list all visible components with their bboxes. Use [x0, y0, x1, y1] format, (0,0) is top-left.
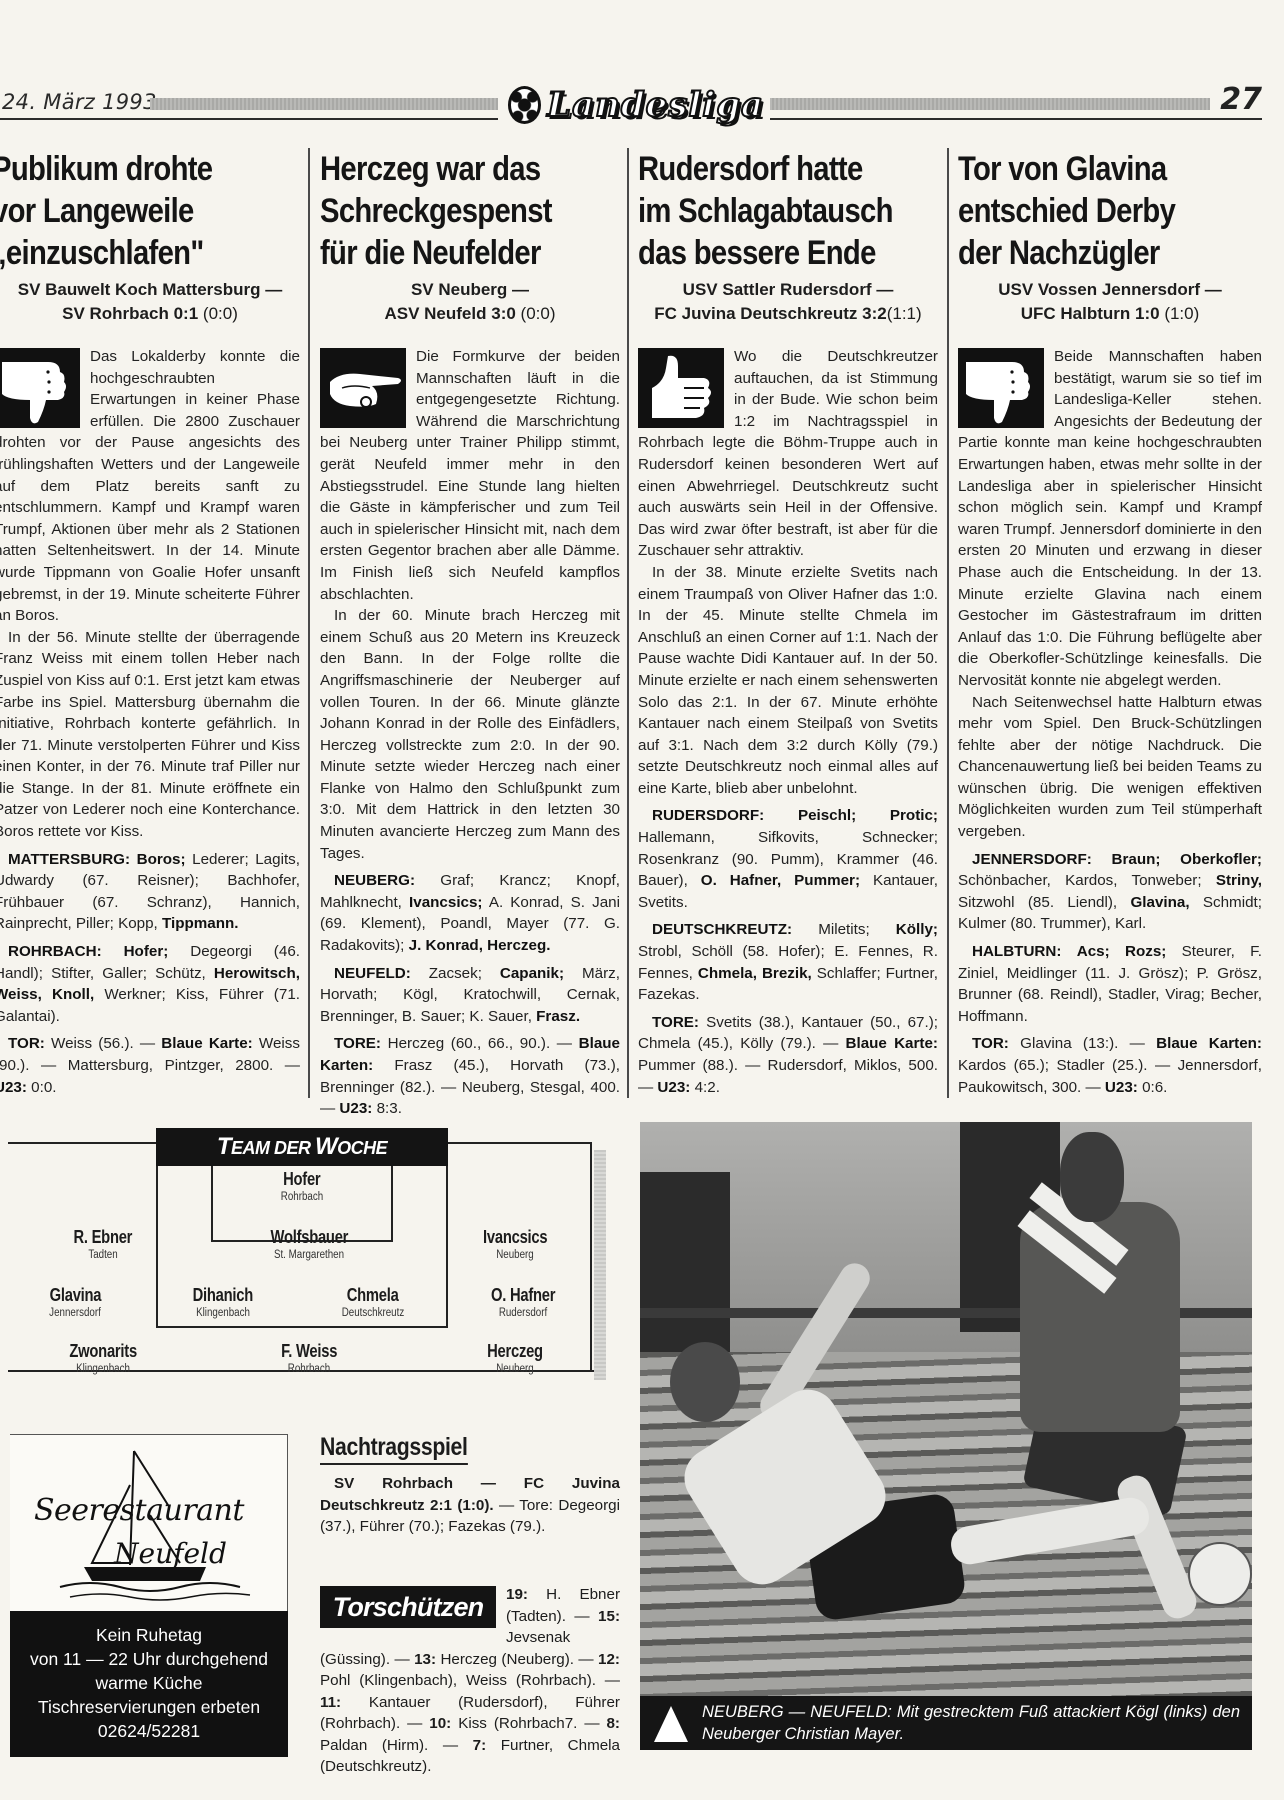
- article-headline: Publikum drohtevor Langeweile„einzuschla…: [0, 148, 257, 274]
- page-number: 27: [1220, 82, 1262, 117]
- section-logo: Landesliga: [508, 82, 764, 128]
- issue-date: 24. März 1993: [2, 90, 157, 114]
- player: R. EbnerTadten: [28, 1226, 178, 1262]
- match-photo: NEUBERG — NEUFELD: Mit gestrecktem Fuß a…: [640, 1122, 1252, 1750]
- top-scorers-box: Torschützen 19: H. Ebner (Tadten). — 15:…: [320, 1584, 620, 1778]
- ad-phone-number: 02624/52281: [10, 1719, 288, 1743]
- article-body: Die Formkurve der beiden Mannschaften lä…: [320, 346, 620, 1120]
- header-rule: [770, 118, 1262, 120]
- player: O. HafnerRudersdorf: [448, 1284, 598, 1320]
- player: GlavinaJennersdorf: [0, 1284, 150, 1320]
- thumbs-down-icon: [958, 348, 1044, 428]
- player: DihanichKlingenbach: [148, 1284, 298, 1320]
- scorer-entry: 10: Kiss (Rohrbach7. —: [429, 1715, 599, 1732]
- ad-brand-line1: Seerestaurant: [34, 1493, 244, 1528]
- article-body: Wo die Deutschkreutzer auftauchen, da is…: [638, 346, 938, 1098]
- football-icon: [508, 86, 541, 124]
- match-facts: TORE: Svetits (38.), Kantauer (50., 67.)…: [638, 1012, 938, 1098]
- article-headline: Rudersdorf hatteim Schlagabtauschdas bes…: [638, 148, 896, 274]
- match-result: USV Vossen Jennersdorf — UFC Halbturn 1:…: [958, 278, 1262, 326]
- thumbs-sideways-icon: [320, 348, 406, 428]
- football-icon: [1188, 1542, 1252, 1606]
- nachtragsspiel-result: SV Rohrbach — FC Juvina Deutschkreutz 2:…: [320, 1473, 620, 1538]
- lineup-rohrbach: ROHRBACH: Hofer; Degeorgi (46. Handl); S…: [0, 941, 300, 1027]
- player-goalkeeper: HoferRohrbach: [227, 1168, 377, 1204]
- article-neuberg-neufeld: Herczeg war dasSchreckgespenstfür die Ne…: [320, 148, 620, 1098]
- page-header: 24. März 1993 Landesliga 27: [0, 86, 1262, 130]
- box-rule: [8, 1142, 158, 1144]
- article-body: Das Lokalderby konnte die hochgeschraubt…: [0, 346, 300, 1098]
- triangle-marker-icon: [654, 1706, 688, 1742]
- player: ZwonaritsKlingenbach: [28, 1340, 178, 1376]
- player: ChmelaDeutschkreutz: [298, 1284, 448, 1320]
- match-result: SV Bauwelt Koch Mattersburg — SV Rohrbac…: [0, 278, 300, 326]
- article-mattersburg-rohrbach: Publikum drohtevor Langeweile„einzuschla…: [0, 148, 300, 1098]
- lineup-deutschkreutz: DEUTSCHKREUTZ: Miletits; Kölly; Strobl, …: [638, 919, 938, 1005]
- top-scorers-title: Torschützen: [320, 1586, 496, 1628]
- ad-info-panel: Kein Ruhetag von 11 — 22 Uhr durchgehend…: [10, 1611, 288, 1757]
- lineup-rudersdorf: RUDERSDORF: Peischl; Protic; Hallemann, …: [638, 805, 938, 913]
- player: IvancsicsNeuberg: [440, 1226, 590, 1262]
- column-divider: [947, 148, 949, 1098]
- scorer-entry: 13: Herczeg (Neuberg). —: [414, 1651, 594, 1668]
- header-rule: [0, 118, 498, 120]
- match-facts: TOR: Weiss (56.). — Blaue Karte: Weiss (…: [0, 1033, 300, 1098]
- article-rudersdorf-deutschkreutz: Rudersdorf hatteim Schlagabtauschdas bes…: [638, 148, 938, 1098]
- ad-brand-line2: Neufeld: [114, 1537, 227, 1570]
- thumbs-down-icon: [0, 348, 80, 428]
- section-title: Landesliga: [547, 85, 764, 125]
- player: HerczegNeuberg: [440, 1340, 590, 1376]
- box-shadow: [594, 1150, 606, 1380]
- match-facts: TOR: Glavina (13:). — Blaue Karten: Kard…: [958, 1033, 1262, 1098]
- lineup-jennersdorf: JENNERSDORF: Braun; Oberkofler; Schönbac…: [958, 849, 1262, 935]
- article-headline: Herczeg war dasSchreckgespenstfür die Ne…: [320, 148, 578, 274]
- player: WolfsbauerSt. Margarethen: [234, 1226, 384, 1262]
- column-divider: [627, 148, 629, 1098]
- article-headline: Tor von Glavinaentschied Derbyder Nachzü…: [958, 148, 1219, 274]
- lineup-mattersburg: MATTERSBURG: Boros; Lederer; Lagits, Udw…: [0, 849, 300, 935]
- lineup-halbturn: HALBTURN: Acs; Rozs; Steurer, F. Ziniel,…: [958, 941, 1262, 1027]
- match-facts: TORE: Herczeg (60., 66., 90.). — Blaue K…: [320, 1033, 620, 1119]
- column-divider: [308, 148, 310, 1098]
- article-jennersdorf-halbturn: Tor von Glavinaentschied Derbyder Nachzü…: [958, 148, 1262, 1098]
- article-body: Beide Mannschaften haben bestätigt, waru…: [958, 346, 1262, 1098]
- lineup-neuberg: NEUBERG: Graf; Krancz; Knopf, Mahlknecht…: [320, 870, 620, 956]
- nachtragsspiel-title: Nachtragsspiel: [320, 1432, 468, 1465]
- team-of-week-title: TEAM DER WOCHE: [156, 1128, 448, 1166]
- photo-caption: NEUBERG — NEUFELD: Mit gestrecktem Fuß a…: [640, 1696, 1252, 1750]
- lineup-neufeld: NEUFELD: Zacsek; Capanik; März, Horvath;…: [320, 963, 620, 1028]
- header-decor-bar: [770, 98, 1210, 110]
- thumbs-up-icon: [638, 348, 724, 428]
- match-result: SV Neuberg — ASV Neufeld 3:0 (0:0): [320, 278, 620, 326]
- player: F. WeissRohrbach: [234, 1340, 384, 1376]
- nachtragsspiel-box: Nachtragsspiel SV Rohrbach — FC Juvina D…: [320, 1432, 620, 1538]
- header-decor-bar: [150, 98, 498, 110]
- team-of-the-week: TEAM DER WOCHE HoferRohrbach R. EbnerTad…: [0, 1128, 600, 1388]
- restaurant-advertisement: Seerestaurant Neufeld Kein Ruhetag von 1…: [10, 1434, 288, 1750]
- match-result: USV Sattler Rudersdorf — FC Juvina Deuts…: [638, 278, 938, 326]
